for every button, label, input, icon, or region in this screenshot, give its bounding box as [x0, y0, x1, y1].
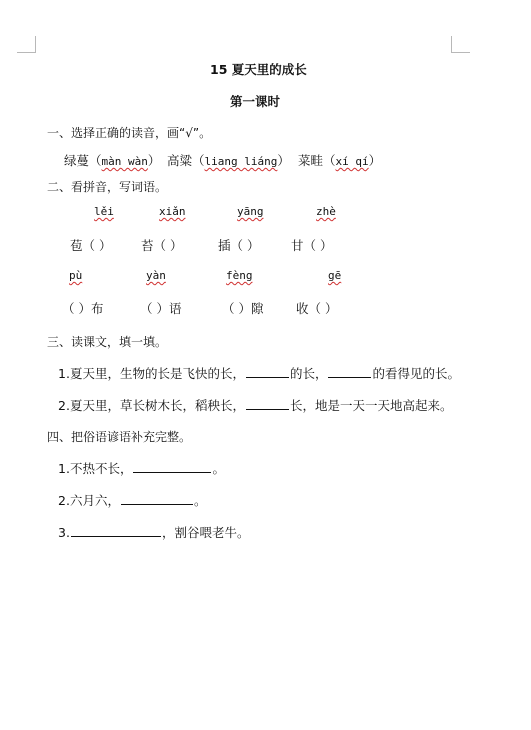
pinyin-label: yàn [146, 269, 166, 282]
item-word: 绿蔓 [64, 153, 89, 168]
proverb-item: 2.六月六，。 [58, 491, 206, 509]
item-text: 的长， [290, 366, 328, 381]
item-number: 1. [58, 461, 70, 476]
word-blank: （ ）布 [62, 299, 103, 317]
item-word: 菜畦 [298, 153, 323, 168]
item-word: 高粱 [167, 153, 192, 168]
fill-in-item: 2.夏天里，草长树木长，稻秧长，长，地是一天一天地高起来。 [58, 396, 452, 414]
pinyin-options: xí qí [336, 155, 369, 168]
close-paren: ） [148, 153, 161, 168]
proverb-item: 3.，割谷喂老牛。 [58, 523, 249, 541]
section1-heading: 一、选择正确的读音，画“√”。 [47, 124, 211, 141]
answer-blank[interactable] [246, 397, 289, 410]
open-paren: （ [192, 153, 205, 168]
item-text: 的看得见的长。 [372, 366, 460, 381]
item-number: 2. [58, 493, 70, 508]
document-subtitle: 第一课时 [230, 92, 280, 110]
pinyin-label: zhè [316, 205, 336, 218]
item-text: 不热不长， [70, 461, 133, 476]
document-title: 15 夏天里的成长 [210, 60, 307, 78]
item-text: 。 [194, 493, 207, 508]
answer-blank[interactable] [246, 365, 289, 378]
item-number: 3. [58, 525, 70, 540]
word-blank: 苔（ ） [141, 236, 182, 254]
pinyin-label: yāng [237, 205, 264, 218]
answer-blank[interactable] [121, 492, 193, 505]
item-text: 夏天里，生物的长是飞快的长， [70, 366, 245, 381]
open-paren: （ [89, 153, 102, 168]
word-blank: 苞（ ） [70, 236, 111, 254]
item-text: 六月六， [70, 493, 120, 508]
pinyin-label: gē [328, 269, 341, 282]
section2-heading: 二、看拼音，写词语。 [47, 178, 167, 195]
proverb-item: 1.不热不长，。 [58, 459, 225, 477]
pinyin-label: pù [69, 269, 82, 282]
item-text: 长，地是一天一天地高起来。 [290, 398, 453, 413]
item-number: 1. [58, 366, 70, 381]
margin-corner-mark-top-right [451, 36, 470, 53]
word-blank: 甘（ ） [291, 236, 332, 254]
word-blank: 收（ ） [296, 299, 337, 317]
fill-in-item: 1.夏天里，生物的长是飞快的长，的长，的看得见的长。 [58, 364, 460, 382]
margin-corner-mark-top-left [17, 36, 36, 53]
open-paren: （ [323, 153, 336, 168]
close-paren: ） [277, 153, 290, 168]
close-paren: ） [369, 153, 382, 168]
item-text: 夏天里，草长树木长，稻秧长， [70, 398, 245, 413]
word-blank: （ ）隙 [222, 299, 263, 317]
section1-item: 高粱（liang liáng） [167, 151, 290, 169]
answer-blank[interactable] [328, 365, 371, 378]
pinyin-options: màn wàn [102, 155, 148, 168]
section1-item: 菜畦（xí qí） [298, 151, 381, 169]
item-text: 。 [212, 461, 225, 476]
item-text: ，割谷喂老牛。 [162, 525, 250, 540]
section3-heading: 三、读课文，填一填。 [47, 333, 167, 350]
section4-heading: 四、把俗语谚语补充完整。 [47, 428, 191, 445]
answer-blank[interactable] [71, 524, 161, 537]
word-blank: 插（ ） [218, 236, 259, 254]
word-blank: （ ）语 [140, 299, 181, 317]
pinyin-label: xiǎn [159, 205, 186, 218]
pinyin-options: liang liáng [205, 155, 278, 168]
pinyin-label: lěi [94, 205, 114, 218]
pinyin-label: fèng [226, 269, 253, 282]
section1-item: 绿蔓（màn wàn） [64, 151, 160, 169]
item-number: 2. [58, 398, 70, 413]
answer-blank[interactable] [133, 460, 211, 473]
